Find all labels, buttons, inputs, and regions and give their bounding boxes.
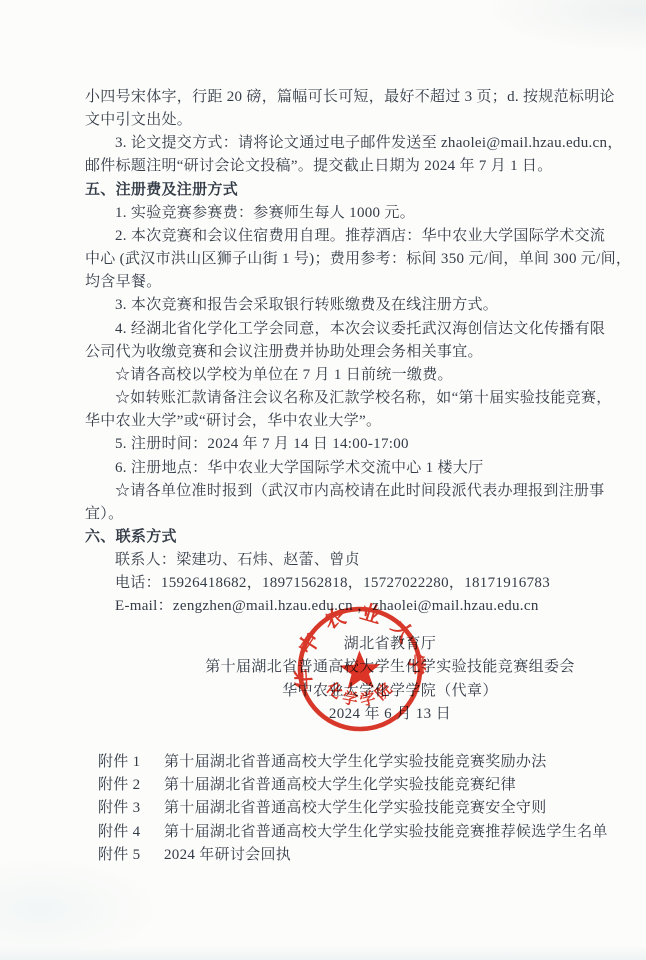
doc-line: 1. 实验竞赛参赛费：参赛师生每人 1000 元。 [85,202,571,225]
doc-line: 公司代为收缴竞赛和会议注册费并协助处理会务相关事宜。 [85,341,571,364]
contact-emails-line: E-mail：zengzhen@mail.hzau.edu.cn ，zhaole… [85,595,571,618]
attachment-item: 附件 4第十届湖北省普通高校大学生化学实验技能竞赛推荐候选学生名单 [98,821,618,844]
attachment-label: 附件 5 [98,844,150,867]
attachment-title: 第十届湖北省普通高校大学生化学实验技能竞赛纪律 [164,777,516,793]
signature-issuer-1: 湖北省教育厅 [140,633,640,656]
doc-line: 5. 注册时间：2024 年 7 月 14 日 14:00-17:00 [85,433,571,456]
attachment-label: 附件 1 [98,751,150,774]
section-heading-5: 五、注册费及注册方式 [85,179,571,202]
attachments-list: 附件 1第十届湖北省普通高校大学生化学实验技能竞赛奖励办法 附件 2第十届湖北省… [98,751,618,867]
doc-line: 华中农业大学”或“研讨会，华中农业大学”。 [85,410,571,433]
doc-line: 宜）。 [85,503,571,526]
doc-line: 4. 经湖北省化学化工学会同意，本次会议委托武汉海创信达文化传播有限 [85,318,571,341]
attachment-title: 第十届湖北省普通高校大学生化学实验技能竞赛推荐候选学生名单 [164,824,608,840]
doc-line: 文中引文出处。 [85,109,571,132]
doc-line: ☆请各单位准时报到（武汉市内高校请在此时间段派代表办理报到注册事 [85,480,571,503]
doc-line: 邮件标题注明“研讨会论文投稿”。提交截止日期为 2024 年 7 月 1 日。 [85,155,571,178]
doc-line: ☆如转账汇款请备注会议名称及汇款学校名称，如“第十届实验技能竞赛， [85,387,571,410]
contact-phones-line: 电话：15926418682，18971562818，15727022280，1… [85,572,571,595]
doc-line: 中心 (武汉市洪山区狮子山街 1 号)；费用参考：标间 350 元/间，单间 3… [85,248,571,271]
attachment-item: 附件 3第十届湖北省普通高校大学生化学实验技能竞赛安全守则 [98,797,618,820]
attachment-title: 2024 年研讨会回执 [164,847,291,863]
doc-line: 3. 论文提交方式：请将论文通过电子邮件发送至 zhaolei@mail.hza… [85,132,571,155]
doc-line: 2. 本次竞赛和会议住宿费用自理。推荐酒店：华中农业大学国际学术交流 [85,225,571,248]
signature-date: 2024 年 6 月 13 日 [140,703,640,726]
signature-block: 湖北省教育厅 第十届湖北省普通高校大学生化学实验技能竞赛组委会 华中农业大学化学… [140,633,640,727]
contact-names-line: 联系人：梁建功、石炜、赵蕾、曾贞 [85,549,571,572]
signature-issuer-2: 第十届湖北省普通高校大学生化学实验技能竞赛组委会 [140,656,640,679]
attachment-item: 附件 2第十届湖北省普通高校大学生化学实验技能竞赛纪律 [98,774,618,797]
doc-line: 3. 本次竞赛和报告会采取银行转账缴费及在线注册方式。 [85,294,571,317]
doc-line: 小四号宋体字，行距 20 磅，篇幅可长可短，最好不超过 3 页；d. 按规范标明… [85,86,571,109]
attachment-item: 附件 1第十届湖北省普通高校大学生化学实验技能竞赛奖励办法 [98,751,618,774]
doc-line: 6. 注册地点：华中农业大学国际学术交流中心 1 楼大厅 [85,457,571,480]
section-heading-6: 六、联系方式 [85,526,571,549]
doc-line: ☆请各高校以学校为单位在 7 月 1 日前统一缴费。 [85,364,571,387]
doc-line: 均含早餐。 [85,271,571,294]
attachment-title: 第十届湖北省普通高校大学生化学实验技能竞赛安全守则 [164,800,547,816]
attachment-label: 附件 4 [98,821,150,844]
attachment-label: 附件 2 [98,774,150,797]
attachment-item: 附件 52024 年研讨会回执 [98,844,618,867]
attachment-title: 第十届湖北省普通高校大学生化学实验技能竞赛奖励办法 [164,754,547,770]
document-body: 小四号宋体字，行距 20 磅，篇幅可长可短，最好不超过 3 页；d. 按规范标明… [85,86,571,619]
document-page: 小四号宋体字，行距 20 磅，篇幅可长可短，最好不超过 3 页；d. 按规范标明… [0,0,646,960]
signature-issuer-3: 华中农业大学化学学院（代章） [140,680,640,703]
attachment-label: 附件 3 [98,797,150,820]
